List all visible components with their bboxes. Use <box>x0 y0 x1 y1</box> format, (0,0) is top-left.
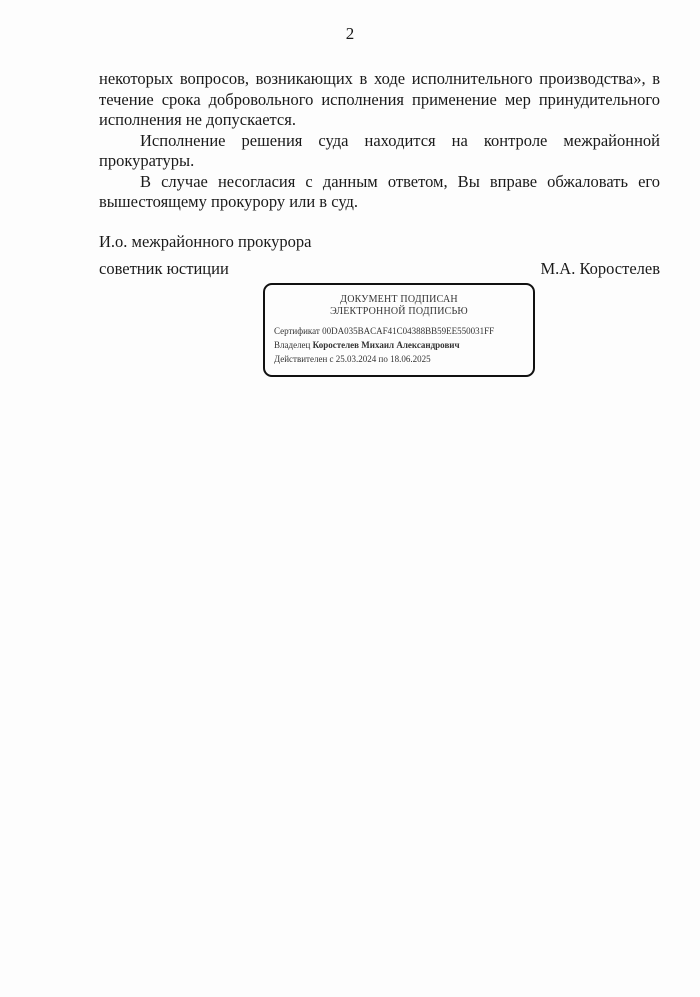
stamp-owner: Владелец Коростелев Михаил Александрович <box>274 338 533 352</box>
owner-value: Коростелев Михаил Александрович <box>313 340 460 350</box>
valid-label: Действителен <box>274 354 327 364</box>
valid-value: с 25.03.2024 по 18.06.2025 <box>330 354 431 364</box>
owner-label: Владелец <box>274 340 310 350</box>
paragraph-continuation: некоторых вопросов, возникающих в ходе и… <box>99 69 660 131</box>
document-body: некоторых вопросов, возникающих в ходе и… <box>99 69 660 213</box>
stamp-certificate: Сертификат 00DA035BACAF41C04388BB59EE550… <box>274 324 533 338</box>
paragraph-appeal: В случае несогласия с данным ответом, Вы… <box>99 172 660 213</box>
page-number: 2 <box>0 24 700 44</box>
certificate-label: Сертификат <box>274 326 320 336</box>
signatory-name: М.А. Коростелев <box>540 259 660 279</box>
certificate-value: 00DA035BACAF41C04388BB59EE550031FF <box>322 326 494 336</box>
signatory-title: И.о. межрайонного прокурора <box>99 232 311 252</box>
stamp-header-line1: ДОКУМЕНТ ПОДПИСАН <box>265 294 533 306</box>
stamp-validity: Действителен с 25.03.2024 по 18.06.2025 <box>274 352 533 366</box>
signatory-rank: советник юстиции <box>99 259 229 279</box>
paragraph-control: Исполнение решения суда находится на кон… <box>99 131 660 172</box>
stamp-header-line2: ЭЛЕКТРОННОЙ ПОДПИСЬЮ <box>265 306 533 318</box>
electronic-signature-stamp: ДОКУМЕНТ ПОДПИСАН ЭЛЕКТРОННОЙ ПОДПИСЬЮ С… <box>263 283 535 377</box>
